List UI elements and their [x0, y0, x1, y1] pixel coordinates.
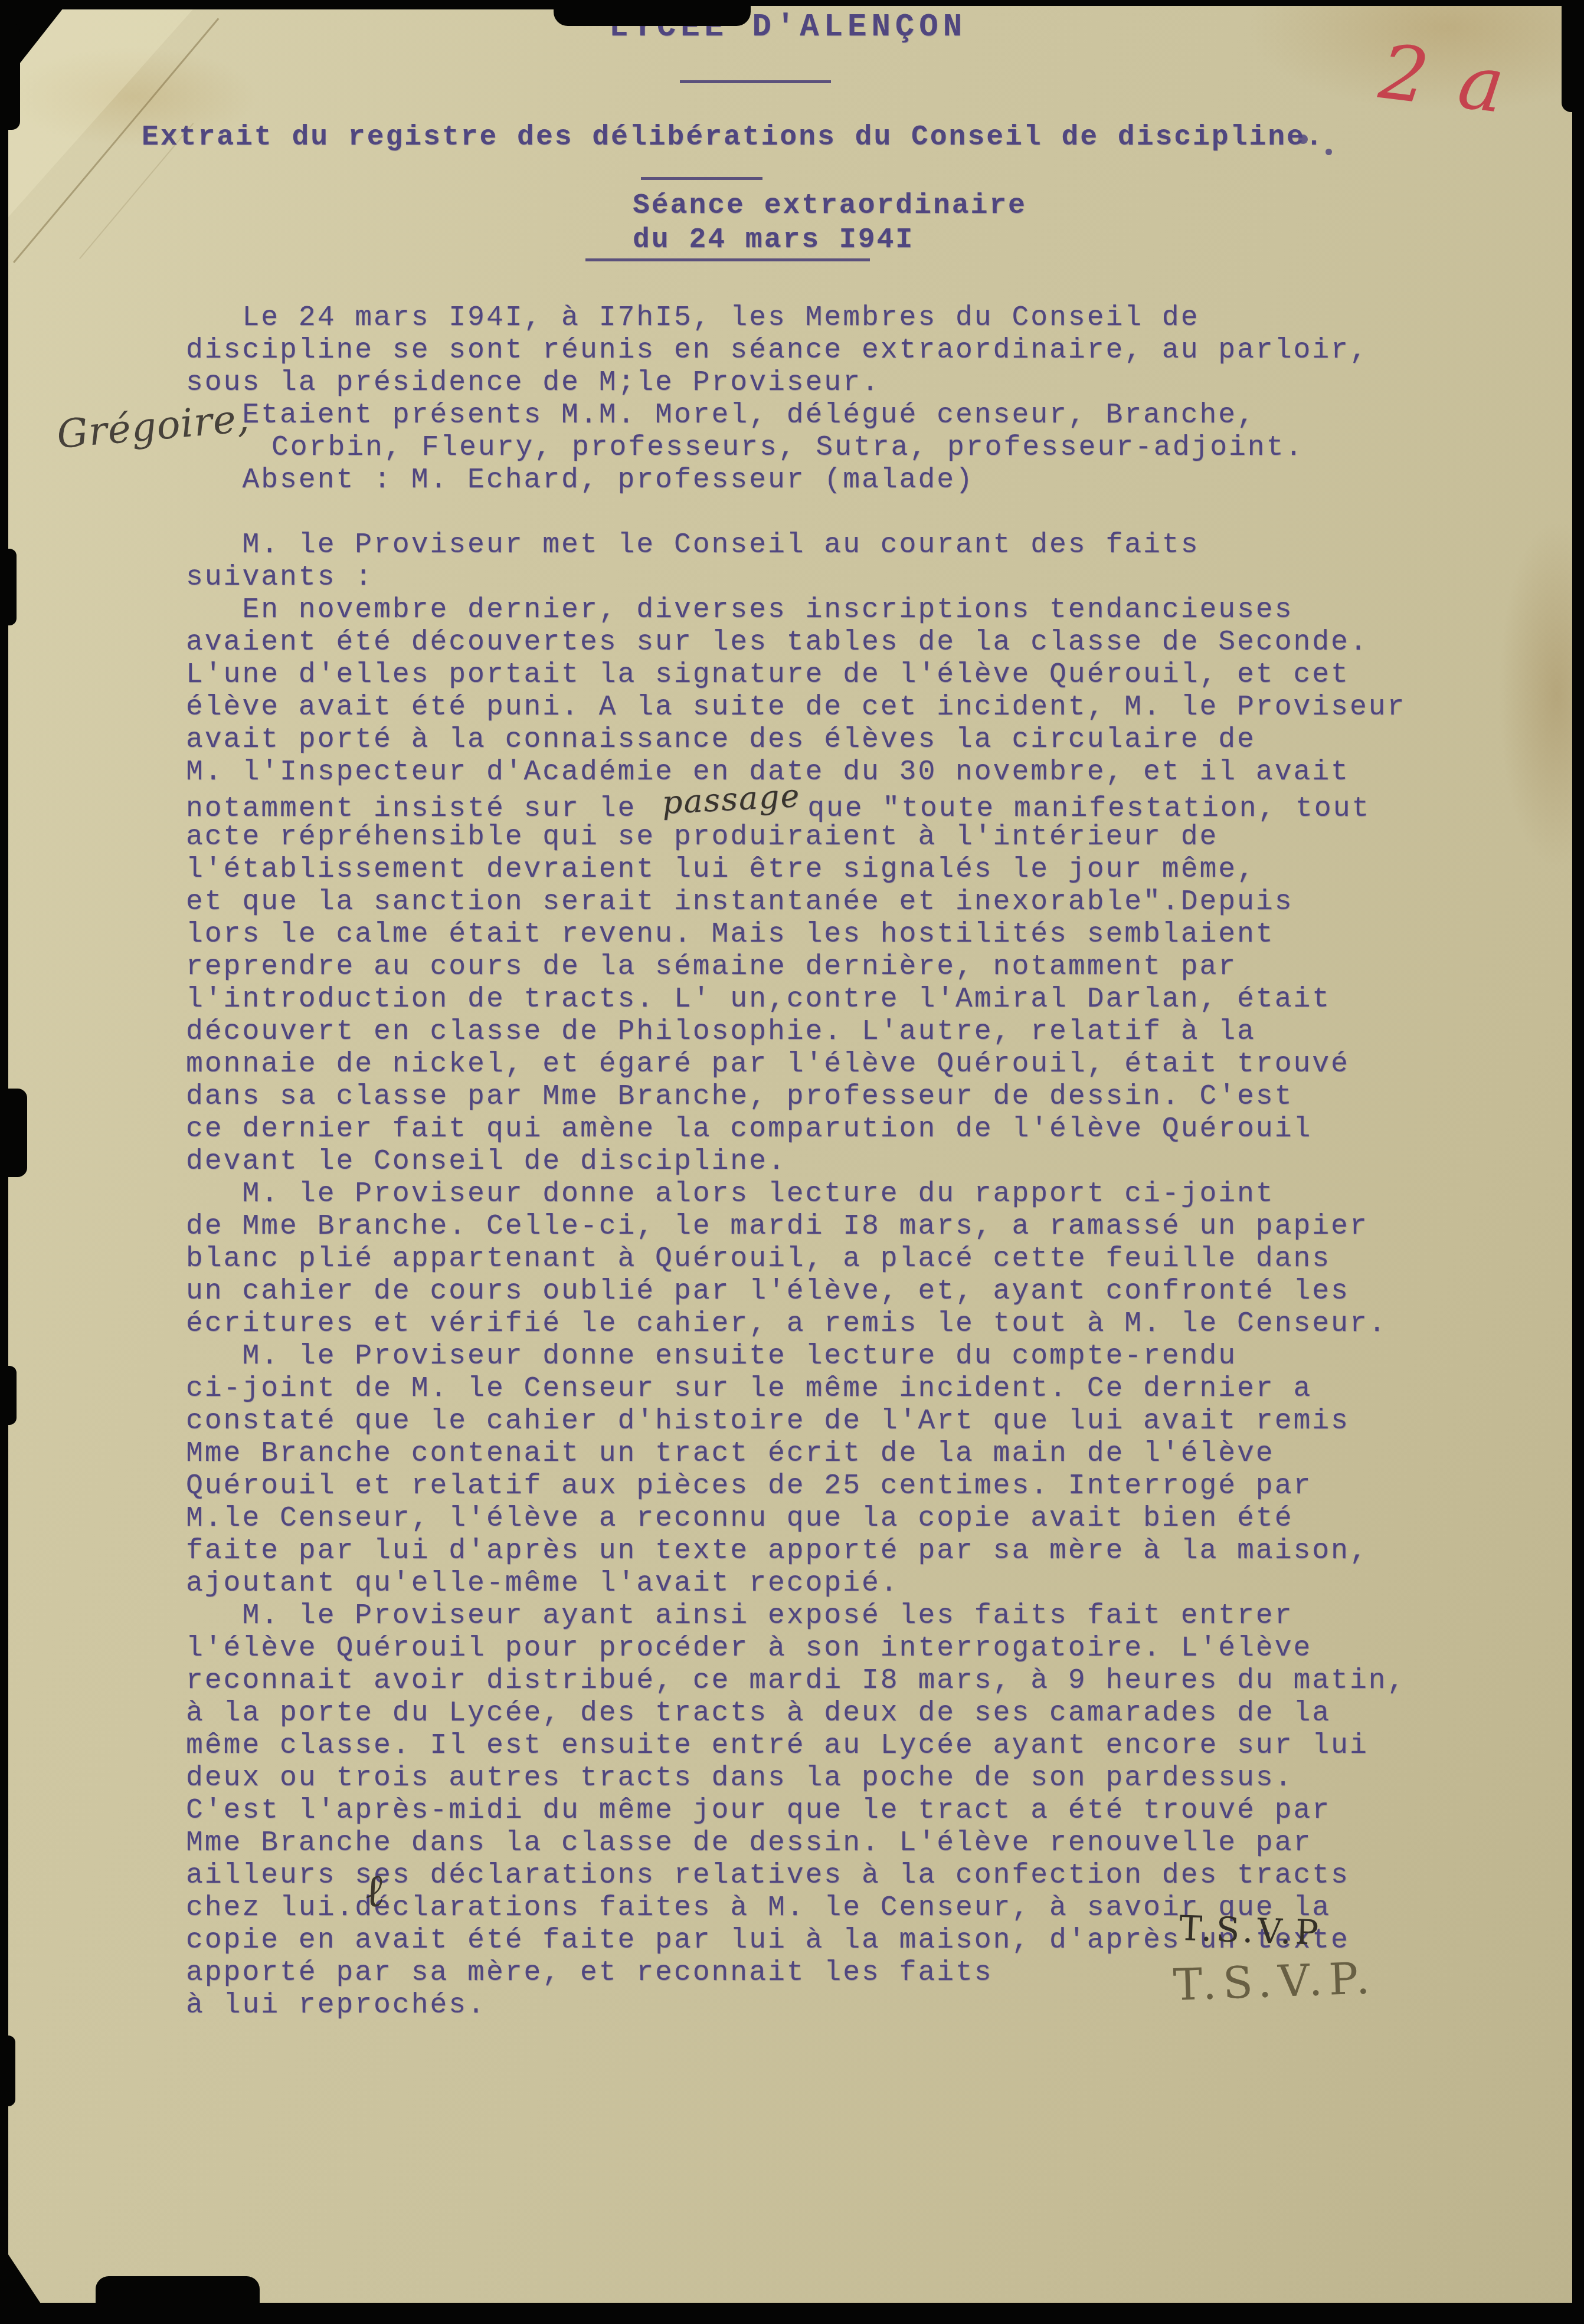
- scan-edge-left-bump: [0, 24, 20, 130]
- typed-line: à la porte du Lycée, des tracts à deux d…: [186, 1697, 1484, 1730]
- typed-line: suivants :: [186, 562, 1484, 594]
- typed-line: Mme Branche dans la classe de dessin. L'…: [186, 1827, 1484, 1860]
- page-ref-annotation: 2 a: [1375, 28, 1513, 130]
- typed-line: Quérouil et relatif aux pièces de 25 cen…: [186, 1470, 1484, 1503]
- typed-segment-pre: notamment insisté sur le: [186, 793, 655, 825]
- typed-line: écritures et vérifié le cahier, a remis …: [186, 1308, 1484, 1340]
- typed-line: et que la sanction serait instantanée et…: [186, 886, 1484, 919]
- typed-line: En novembre dernier, diverses inscriptio…: [186, 594, 1484, 627]
- tsvp-ink-note: T.S.V.P: [1179, 1908, 1323, 1953]
- typed-line: Absent : M. Echard, professeur (malade): [186, 464, 1484, 497]
- typed-line: lors le calme était revenu. Mais les hos…: [186, 919, 1484, 951]
- typed-line: l'introduction de tracts. L' un,contre l…: [186, 984, 1484, 1016]
- scanned-document-page: LYCEE D'ALENÇON 2 a Extrait du registre …: [0, 0, 1584, 2324]
- typed-line: avaient été découvertes sur les tables d…: [186, 627, 1484, 659]
- typed-line: ajoutant qu'elle-même l'avait recopié.: [186, 1568, 1484, 1600]
- typed-line: blanc plié appartenant à Quérouil, a pla…: [186, 1243, 1484, 1276]
- typed-line: devant le Conseil de discipline.: [186, 1146, 1484, 1178]
- typed-line-with-insertion: notamment insisté sur le passageque "tou…: [186, 789, 1484, 821]
- typed-line: Le 24 mars I94I, à I7hI5, les Membres du…: [186, 302, 1484, 335]
- typed-line: acte répréhensible qui se produiraient à…: [186, 821, 1484, 854]
- typed-line: discipline se sont réunis en séance extr…: [186, 335, 1484, 367]
- session-title: Séance extraordinaire: [633, 190, 1027, 222]
- title-underline: [680, 80, 831, 83]
- typed-line: découvert en classe de Philosophie. L'au…: [186, 1016, 1484, 1048]
- paragraph-censeur-report: M. le Proviseur donne ensuite lecture du…: [186, 1340, 1484, 1600]
- typed-line: un cahier de cours oublié par l'élève, e…: [186, 1276, 1484, 1308]
- scan-edge-left-bump: [0, 549, 17, 625]
- typed-line: Etaient présents M.M. Morel, délégué cen…: [186, 399, 1484, 432]
- paragraph-interrogation: M. le Proviseur ayant ainsi exposé les f…: [186, 1600, 1484, 1892]
- paragraph-facts-2: acte répréhensible qui se produiraient à…: [186, 821, 1484, 1178]
- typed-line: M. le Proviseur ayant ainsi exposé les f…: [186, 1600, 1484, 1633]
- scan-edge-top: [47, 0, 572, 9]
- date-underline: [585, 258, 870, 261]
- paragraph-absent: Absent : M. Echard, professeur (malade): [186, 464, 1484, 497]
- typed-line: même classe. Il est ensuite entré au Lyc…: [186, 1730, 1484, 1762]
- typed-line: ce dernier fait qui amène la comparution…: [186, 1113, 1484, 1146]
- tsvp-pencil-note: T.S.V.P.: [1173, 1953, 1377, 2011]
- typed-line: M. l'Inspecteur d'Académie en date du 30…: [186, 756, 1484, 789]
- typed-line: l'établissement devraient lui être signa…: [186, 854, 1484, 886]
- typed-line: M. le Proviseur donne ensuite lecture du…: [186, 1340, 1484, 1373]
- handwritten-word-passage: passage: [654, 779, 809, 819]
- typed-line: dans sa classe par Mme Branche, professe…: [186, 1081, 1484, 1113]
- typed-line: constaté que le cahier d'histoire de l'A…: [186, 1405, 1484, 1438]
- typed-line: élève avait été puni. A la suite de cet …: [186, 691, 1484, 724]
- typed-line: monnaie de nickel, et égaré par l'élève …: [186, 1048, 1484, 1081]
- typed-line: M. le Proviseur donne alors lecture du r…: [186, 1178, 1484, 1211]
- scan-edge-left-bump: [0, 2035, 15, 2106]
- paragraph-facts-1: En novembre dernier, diverses inscriptio…: [186, 594, 1484, 789]
- typed-line: M. le Proviseur met le Conseil au couran…: [186, 529, 1484, 562]
- paragraph-attendance: Le 24 mars I94I, à I7hI5, les Membres du…: [186, 302, 1484, 432]
- typed-line: avait porté à la connaissance des élèves…: [186, 724, 1484, 756]
- typed-line: reconnait avoir distribué, ce mardi I8 m…: [186, 1665, 1484, 1697]
- scan-edge-left-bump: [0, 1366, 17, 1425]
- paragraph-branche-report: M. le Proviseur donne alors lecture du r…: [186, 1178, 1484, 1340]
- typed-line: deux ou trois autres tracts dans la poch…: [186, 1762, 1484, 1795]
- typed-line: l'élève Quérouil pour procéder à son int…: [186, 1633, 1484, 1665]
- typed-line: C'est l'après-midi du même jour que le t…: [186, 1795, 1484, 1827]
- scan-edge-right: [1572, 0, 1584, 2324]
- typed-line: M.le Censeur, l'élève a reconnu que la c…: [186, 1503, 1484, 1535]
- typed-line-corbin: Corbin, Fleury, professeurs, Sutra, prof…: [271, 432, 1484, 464]
- typed-segment-post: que "toute manifestation, tout: [807, 793, 1370, 825]
- scan-edge-right-top: [1562, 0, 1584, 112]
- scan-edge-top-blob: [554, 0, 751, 26]
- paragraph-intro: M. le Proviseur met le Conseil au couran…: [186, 529, 1484, 594]
- scan-edge-bottom-notch: [96, 2276, 260, 2312]
- typed-line: de Mme Branche. Celle-ci, le mardi I8 ma…: [186, 1211, 1484, 1243]
- scan-edge-top: [748, 0, 1584, 6]
- ink-bleed-dot: [1326, 149, 1332, 155]
- heading-dash: [641, 177, 762, 180]
- session-date: du 24 mars I94I: [633, 224, 914, 256]
- typed-line: ci-joint de M. le Censeur sur le même in…: [186, 1373, 1484, 1405]
- typed-line: sous la présidence de M;le Proviseur.: [186, 367, 1484, 399]
- typed-body: Le 24 mars I94I, à I7hI5, les Membres du…: [186, 302, 1484, 2022]
- typed-line: Mme Branche contenait un tract écrit de …: [186, 1438, 1484, 1470]
- scan-edge-left-bump: [0, 1089, 27, 1177]
- document-title: Extrait du registre des délibérations du…: [142, 122, 1324, 153]
- typed-line: L'une d'elles portait la signature de l'…: [186, 659, 1484, 691]
- typed-line: reprendre au cours de la sémaine dernièr…: [186, 951, 1484, 984]
- scan-edge-bottom-corner: [0, 2242, 54, 2324]
- typed-line: faite par lui d'après un texte apporté p…: [186, 1535, 1484, 1568]
